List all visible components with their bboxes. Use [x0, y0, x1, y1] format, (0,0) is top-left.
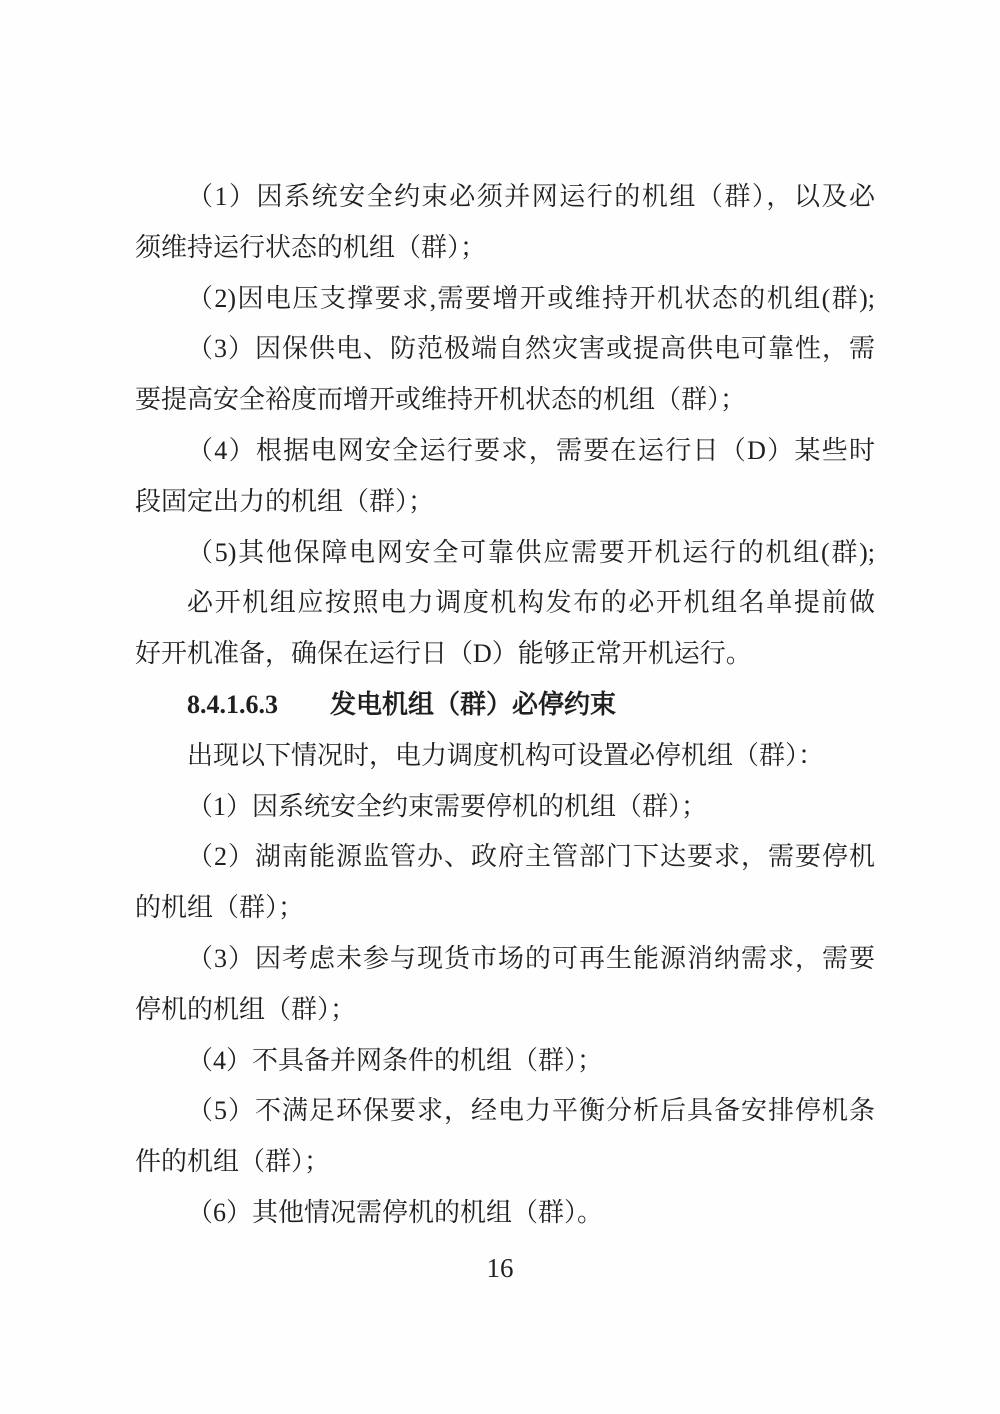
text-line: （4）不具备并网条件的机组（群）；	[135, 1036, 875, 1087]
text-line: （5)其他保障电网安全可靠供应需要开机运行的机组(群);	[135, 528, 875, 579]
text-line: 停机的机组（群）；	[135, 985, 875, 1036]
text-line: （2）湖南能源监管办、政府主管部门下达要求，需要停机	[135, 832, 875, 883]
text-line: （4）根据电网安全运行要求，需要在运行日（D）某些时	[135, 426, 875, 477]
document-page: （1）因系统安全约束必须并网运行的机组（群），以及必须维持运行状态的机组（群）；…	[0, 0, 1000, 1414]
text-line: 好开机准备，确保在运行日（D）能够正常开机运行。	[135, 629, 875, 680]
page-number: 16	[0, 1248, 1000, 1288]
text-line: （5）不满足环保要求，经电力平衡分析后具备安排停机条	[135, 1086, 875, 1137]
text-line: 出现以下情况时，电力调度机构可设置必停机组（群）：	[135, 731, 875, 782]
document-body: （1）因系统安全约束必须并网运行的机组（群），以及必须维持运行状态的机组（群）；…	[135, 172, 875, 1239]
text-line: （3）因考虑未参与现货市场的可再生能源消纳需求，需要	[135, 934, 875, 985]
text-line: （3）因保供电、防范极端自然灾害或提高供电可靠性，需	[135, 324, 875, 375]
section-heading: 8.4.1.6.3 发电机组（群）必停约束	[135, 680, 875, 731]
text-line: 必开机组应按照电力调度机构发布的必开机组名单提前做	[135, 578, 875, 629]
text-line: （1）因系统安全约束必须并网运行的机组（群），以及必	[135, 172, 875, 223]
text-line: （1）因系统安全约束需要停机的机组（群）；	[135, 782, 875, 833]
text-line: 的机组（群）；	[135, 883, 875, 934]
text-line: 件的机组（群）；	[135, 1137, 875, 1188]
text-line: （2)因电压支撑要求,需要增开或维持开机状态的机组(群);	[135, 274, 875, 325]
text-line: 须维持运行状态的机组（群）；	[135, 223, 875, 274]
text-line: 段固定出力的机组（群）；	[135, 477, 875, 528]
text-line: （6）其他情况需停机的机组（群）。	[135, 1188, 875, 1239]
text-line: 要提高安全裕度而增开或维持开机状态的机组（群）；	[135, 375, 875, 426]
